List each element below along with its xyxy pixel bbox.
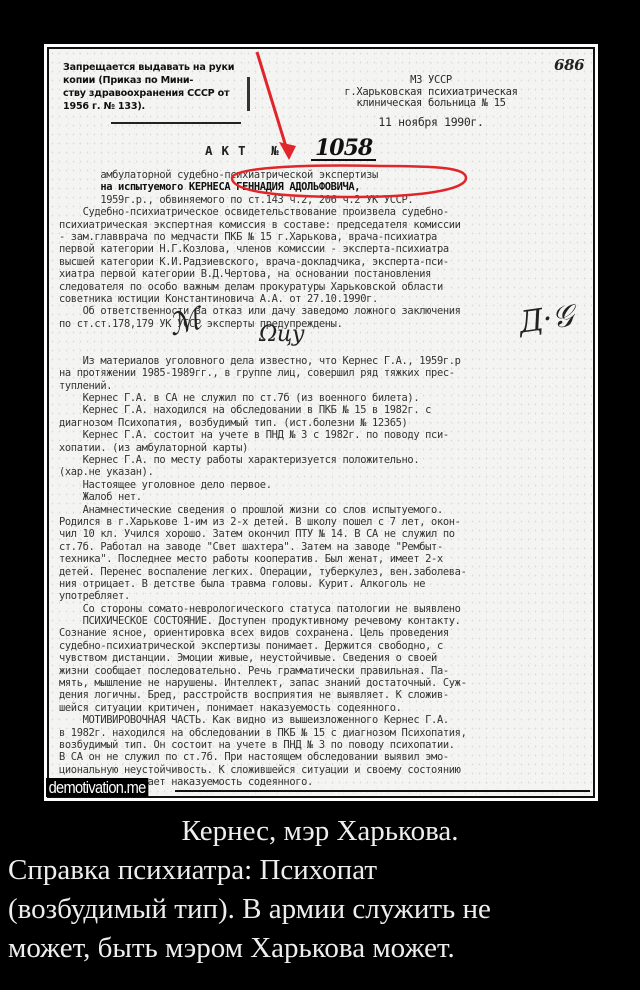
red-arrow-head: [279, 142, 296, 160]
caption-line: Справка психиатра: Психопат: [0, 851, 640, 890]
demotivator-caption: Кернес, мэр Харькова. Справка психиатра:…: [0, 812, 640, 968]
red-arrow: [257, 52, 287, 150]
red-highlight-ellipse: [232, 166, 466, 198]
caption-line: Кернес, мэр Харькова.: [0, 812, 640, 851]
caption-line: (возбудимый тип). В армии служить не: [0, 890, 640, 929]
caption-line: может, быть мэром Харькова может.: [0, 929, 640, 968]
